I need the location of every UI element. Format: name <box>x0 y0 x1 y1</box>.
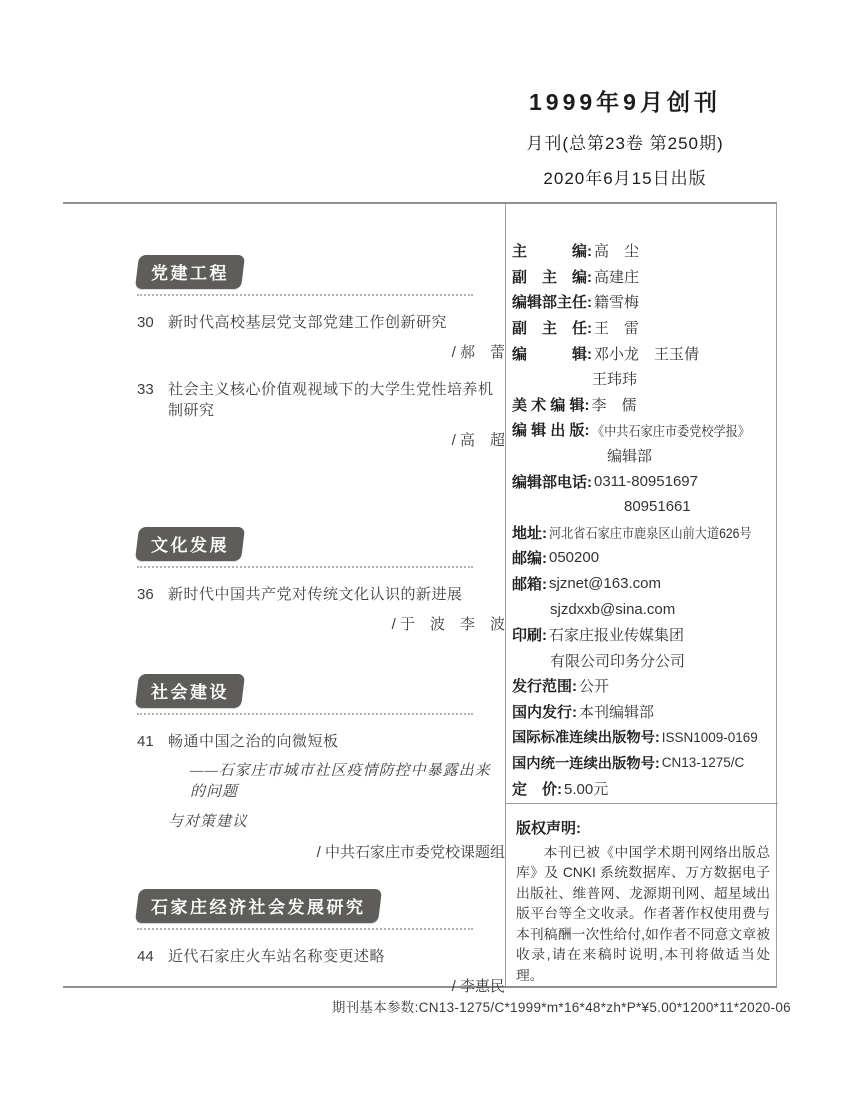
masthead-value: 本刊编辑部 <box>579 701 654 722</box>
masthead-row: 定 价:5.00元 <box>512 775 774 801</box>
section-items: 44近代石家庄火车站名称变更述略/ 李惠民 <box>137 946 505 997</box>
masthead-row: 国际标准连续出版物号:ISSN1009-0169 <box>512 724 774 750</box>
toc-section: 党建工程30新时代高校基层党支部党建工作创新研究/ 郝 蕾33社会主义核心价值观… <box>137 255 505 451</box>
article-page-number: 33 <box>137 379 168 421</box>
masthead-value: sjznet@163.com <box>549 575 661 592</box>
section-badge: 文化发展 <box>135 527 245 561</box>
section-items: 41畅通中国之治的向微短板——石家庄市城市社区疫情防控中暴露出来的问题与对策建议… <box>137 731 505 863</box>
masthead-row: 印刷:石家庄报业传媒集团 <box>512 622 774 648</box>
section-badge-label: 石家庄经济社会发展研究 <box>151 893 366 918</box>
toc-section: 文化发展36新时代中国共产党对传统文化认识的新进展/ 于 波 李 波 <box>137 527 505 635</box>
article-page-number: 41 <box>137 731 168 752</box>
article-subtitle: ——石家庄市城市社区疫情防控中暴露出来的问题 <box>190 761 505 803</box>
section-badge: 社会建设 <box>135 674 245 708</box>
section-dotted-divider <box>137 928 473 930</box>
article-title: 畅通中国之治的向微短板 <box>168 731 339 752</box>
masthead-label: 编 辑: <box>512 343 592 364</box>
article-entry: 30新时代高校基层党支部党建工作创新研究 <box>137 312 505 333</box>
masthead-row: sjzdxxb@sina.com <box>550 596 774 622</box>
masthead-label: 地址: <box>512 522 547 543</box>
masthead-row: 副 主 编:高建庄 <box>512 264 774 290</box>
masthead-label: 国际标准连续出版物号: <box>512 727 660 747</box>
toc-sections: 党建工程30新时代高校基层党支部党建工作创新研究/ 郝 蕾33社会主义核心价值观… <box>63 204 505 986</box>
journal-contents-page: 1999年9月创刊 月刊(总第23卷 第250期) 2020年6月15日出版 党… <box>0 0 850 1113</box>
section-badge-label: 社会建设 <box>151 678 229 703</box>
masthead-label: 副 主 编: <box>512 266 592 287</box>
article-title: 近代石家庄火车站名称变更述略 <box>168 946 385 967</box>
article-author: / 中共石家庄市委党校课题组 <box>137 842 505 863</box>
masthead-label: 印刷: <box>512 624 547 645</box>
article-entry: 44近代石家庄火车站名称变更述略 <box>137 946 505 967</box>
masthead-row: 美 术 编 辑:李 儒 <box>512 392 774 418</box>
masthead-value: ISSN1009-0169 <box>662 730 758 745</box>
article-author: / 李惠民 <box>137 976 505 997</box>
issue-header: 1999年9月创刊 月刊(总第23卷 第250期) 2020年6月15日出版 <box>455 84 795 189</box>
masthead-row: 国内统一连续出版物号:CN13-1275/C <box>512 750 774 776</box>
article-title: 社会主义核心价值观视域下的大学生党性培养机制研究 <box>168 379 505 421</box>
masthead-label: 邮箱: <box>512 573 547 594</box>
masthead-label: 主 编: <box>512 240 592 261</box>
masthead-value: 有限公司印务分公司 <box>550 650 685 671</box>
masthead-label: 发行范围: <box>512 675 577 696</box>
article-subtitle: 与对策建议 <box>168 812 505 833</box>
article-entry: 36新时代中国共产党对传统文化认识的新进展 <box>137 584 505 605</box>
article-author: / 高 超 <box>137 430 505 451</box>
masthead-value: 公开 <box>579 675 609 696</box>
masthead-row: 邮箱:sjznet@163.com <box>512 571 774 597</box>
masthead-row: 80951661 <box>624 494 774 520</box>
publish-date: 2020年6月15日出版 <box>455 164 795 189</box>
masthead-row: 主 编:高 尘 <box>512 238 774 264</box>
section-items: 30新时代高校基层党支部党建工作创新研究/ 郝 蕾33社会主义核心价值观视域下的… <box>137 312 505 451</box>
article-page-number: 44 <box>137 946 168 967</box>
masthead-rows: 主 编:高 尘副 主 编:高建庄编辑部主任:籍雪梅副 主 任:王 雷编 辑:邓小… <box>506 204 778 803</box>
article-author: / 于 波 李 波 <box>137 614 505 635</box>
masthead-row: 王玮玮 <box>592 366 774 392</box>
masthead-value: 邓小龙 王玉倩 <box>594 343 699 364</box>
masthead-value: 高 尘 <box>594 240 639 261</box>
section-badge: 石家庄经济社会发展研究 <box>135 889 382 923</box>
masthead-row: 地址:河北省石家庄市鹿泉区山前大道626号 <box>512 520 774 546</box>
masthead-value: 高建庄 <box>594 266 639 287</box>
masthead-row: 编辑部电话:0311-80951697 <box>512 468 774 494</box>
article-page-number: 36 <box>137 584 168 605</box>
founding-date: 1999年9月创刊 <box>455 84 795 117</box>
masthead-label: 美 术 编 辑: <box>512 394 590 415</box>
journal-parameters-line: 期刊基本参数:CN13-1275/C*1999*m*16*48*zh*P*¥5.… <box>332 996 791 1016</box>
masthead-column: 主 编:高 尘副 主 编:高建庄编辑部主任:籍雪梅副 主 任:王 雷编 辑:邓小… <box>505 204 778 986</box>
masthead-row: 编辑部 <box>607 443 774 469</box>
masthead-value: 0311-80951697 <box>594 473 698 490</box>
masthead-row: 编 辑 出 版:《中共石家庄市委党校学报》 <box>512 417 774 443</box>
toc-section: 石家庄经济社会发展研究44近代石家庄火车站名称变更述略/ 李惠民 <box>137 889 505 997</box>
issue-volume-info: 月刊(总第23卷 第250期) <box>455 129 795 154</box>
copyright-body: 本刊已被《中国学术期刊网络出版总库》及 CNKI 系统数据库、万方数据电子出版社… <box>516 843 770 987</box>
masthead-row: 编 辑:邓小龙 王玉倩 <box>512 340 774 366</box>
section-items: 36新时代中国共产党对传统文化认识的新进展/ 于 波 李 波 <box>137 584 505 635</box>
section-badge-label: 文化发展 <box>151 531 229 556</box>
article-page-number: 30 <box>137 312 168 333</box>
masthead-value: 河北省石家庄市鹿泉区山前大道626号 <box>549 522 752 542</box>
article-entry: 41畅通中国之治的向微短板 <box>137 731 505 752</box>
masthead-value: sjzdxxb@sina.com <box>550 601 675 618</box>
masthead-label: 定 价: <box>512 778 562 799</box>
section-dotted-divider <box>137 713 473 715</box>
masthead-label: 编辑部电话: <box>512 471 592 492</box>
masthead-value: CN13-1275/C <box>662 755 745 770</box>
masthead-label: 国内发行: <box>512 701 577 722</box>
masthead-value: 80951661 <box>624 498 691 515</box>
section-dotted-divider <box>137 566 473 568</box>
section-dotted-divider <box>137 294 473 296</box>
masthead-value: 编辑部 <box>607 445 652 466</box>
masthead-row: 邮编:050200 <box>512 545 774 571</box>
masthead-row: 副 主 任:王 雷 <box>512 315 774 341</box>
masthead-label: 编 辑 出 版: <box>512 419 590 440</box>
masthead-row: 有限公司印务分公司 <box>550 648 774 674</box>
masthead-label: 邮编: <box>512 547 547 568</box>
toc-section: 社会建设41畅通中国之治的向微短板——石家庄市城市社区疫情防控中暴露出来的问题与… <box>137 674 505 863</box>
masthead-value: 籍雪梅 <box>594 291 639 312</box>
masthead-row: 国内发行:本刊编辑部 <box>512 699 774 725</box>
article-entry: 33社会主义核心价值观视域下的大学生党性培养机制研究 <box>137 379 505 421</box>
masthead-label: 国内统一连续出版物号: <box>512 753 660 773</box>
masthead-value: 石家庄报业传媒集团 <box>549 624 684 645</box>
masthead-value: 050200 <box>549 549 599 566</box>
masthead-value: 王 雷 <box>594 317 639 338</box>
section-badge-label: 党建工程 <box>151 259 229 284</box>
masthead-row: 发行范围:公开 <box>512 673 774 699</box>
masthead-value: 李 儒 <box>592 394 637 415</box>
content-frame: 党建工程30新时代高校基层党支部党建工作创新研究/ 郝 蕾33社会主义核心价值观… <box>63 202 777 988</box>
masthead-label: 编辑部主任: <box>512 291 592 312</box>
masthead-value: 《中共石家庄市委党校学报》 <box>592 420 750 440</box>
article-title: 新时代高校基层党支部党建工作创新研究 <box>168 312 447 333</box>
masthead-row: 编辑部主任:籍雪梅 <box>512 289 774 315</box>
article-title: 新时代中国共产党对传统文化认识的新进展 <box>168 584 463 605</box>
masthead-value: 5.00元 <box>564 778 608 799</box>
copyright-title: 版权声明: <box>516 817 770 838</box>
section-badge: 党建工程 <box>135 255 245 289</box>
copyright-box: 版权声明: 本刊已被《中国学术期刊网络出版总库》及 CNKI 系统数据库、万方数… <box>506 803 778 987</box>
masthead-value: 王玮玮 <box>592 368 637 389</box>
article-author: / 郝 蕾 <box>137 342 505 363</box>
masthead-label: 副 主 任: <box>512 317 592 338</box>
